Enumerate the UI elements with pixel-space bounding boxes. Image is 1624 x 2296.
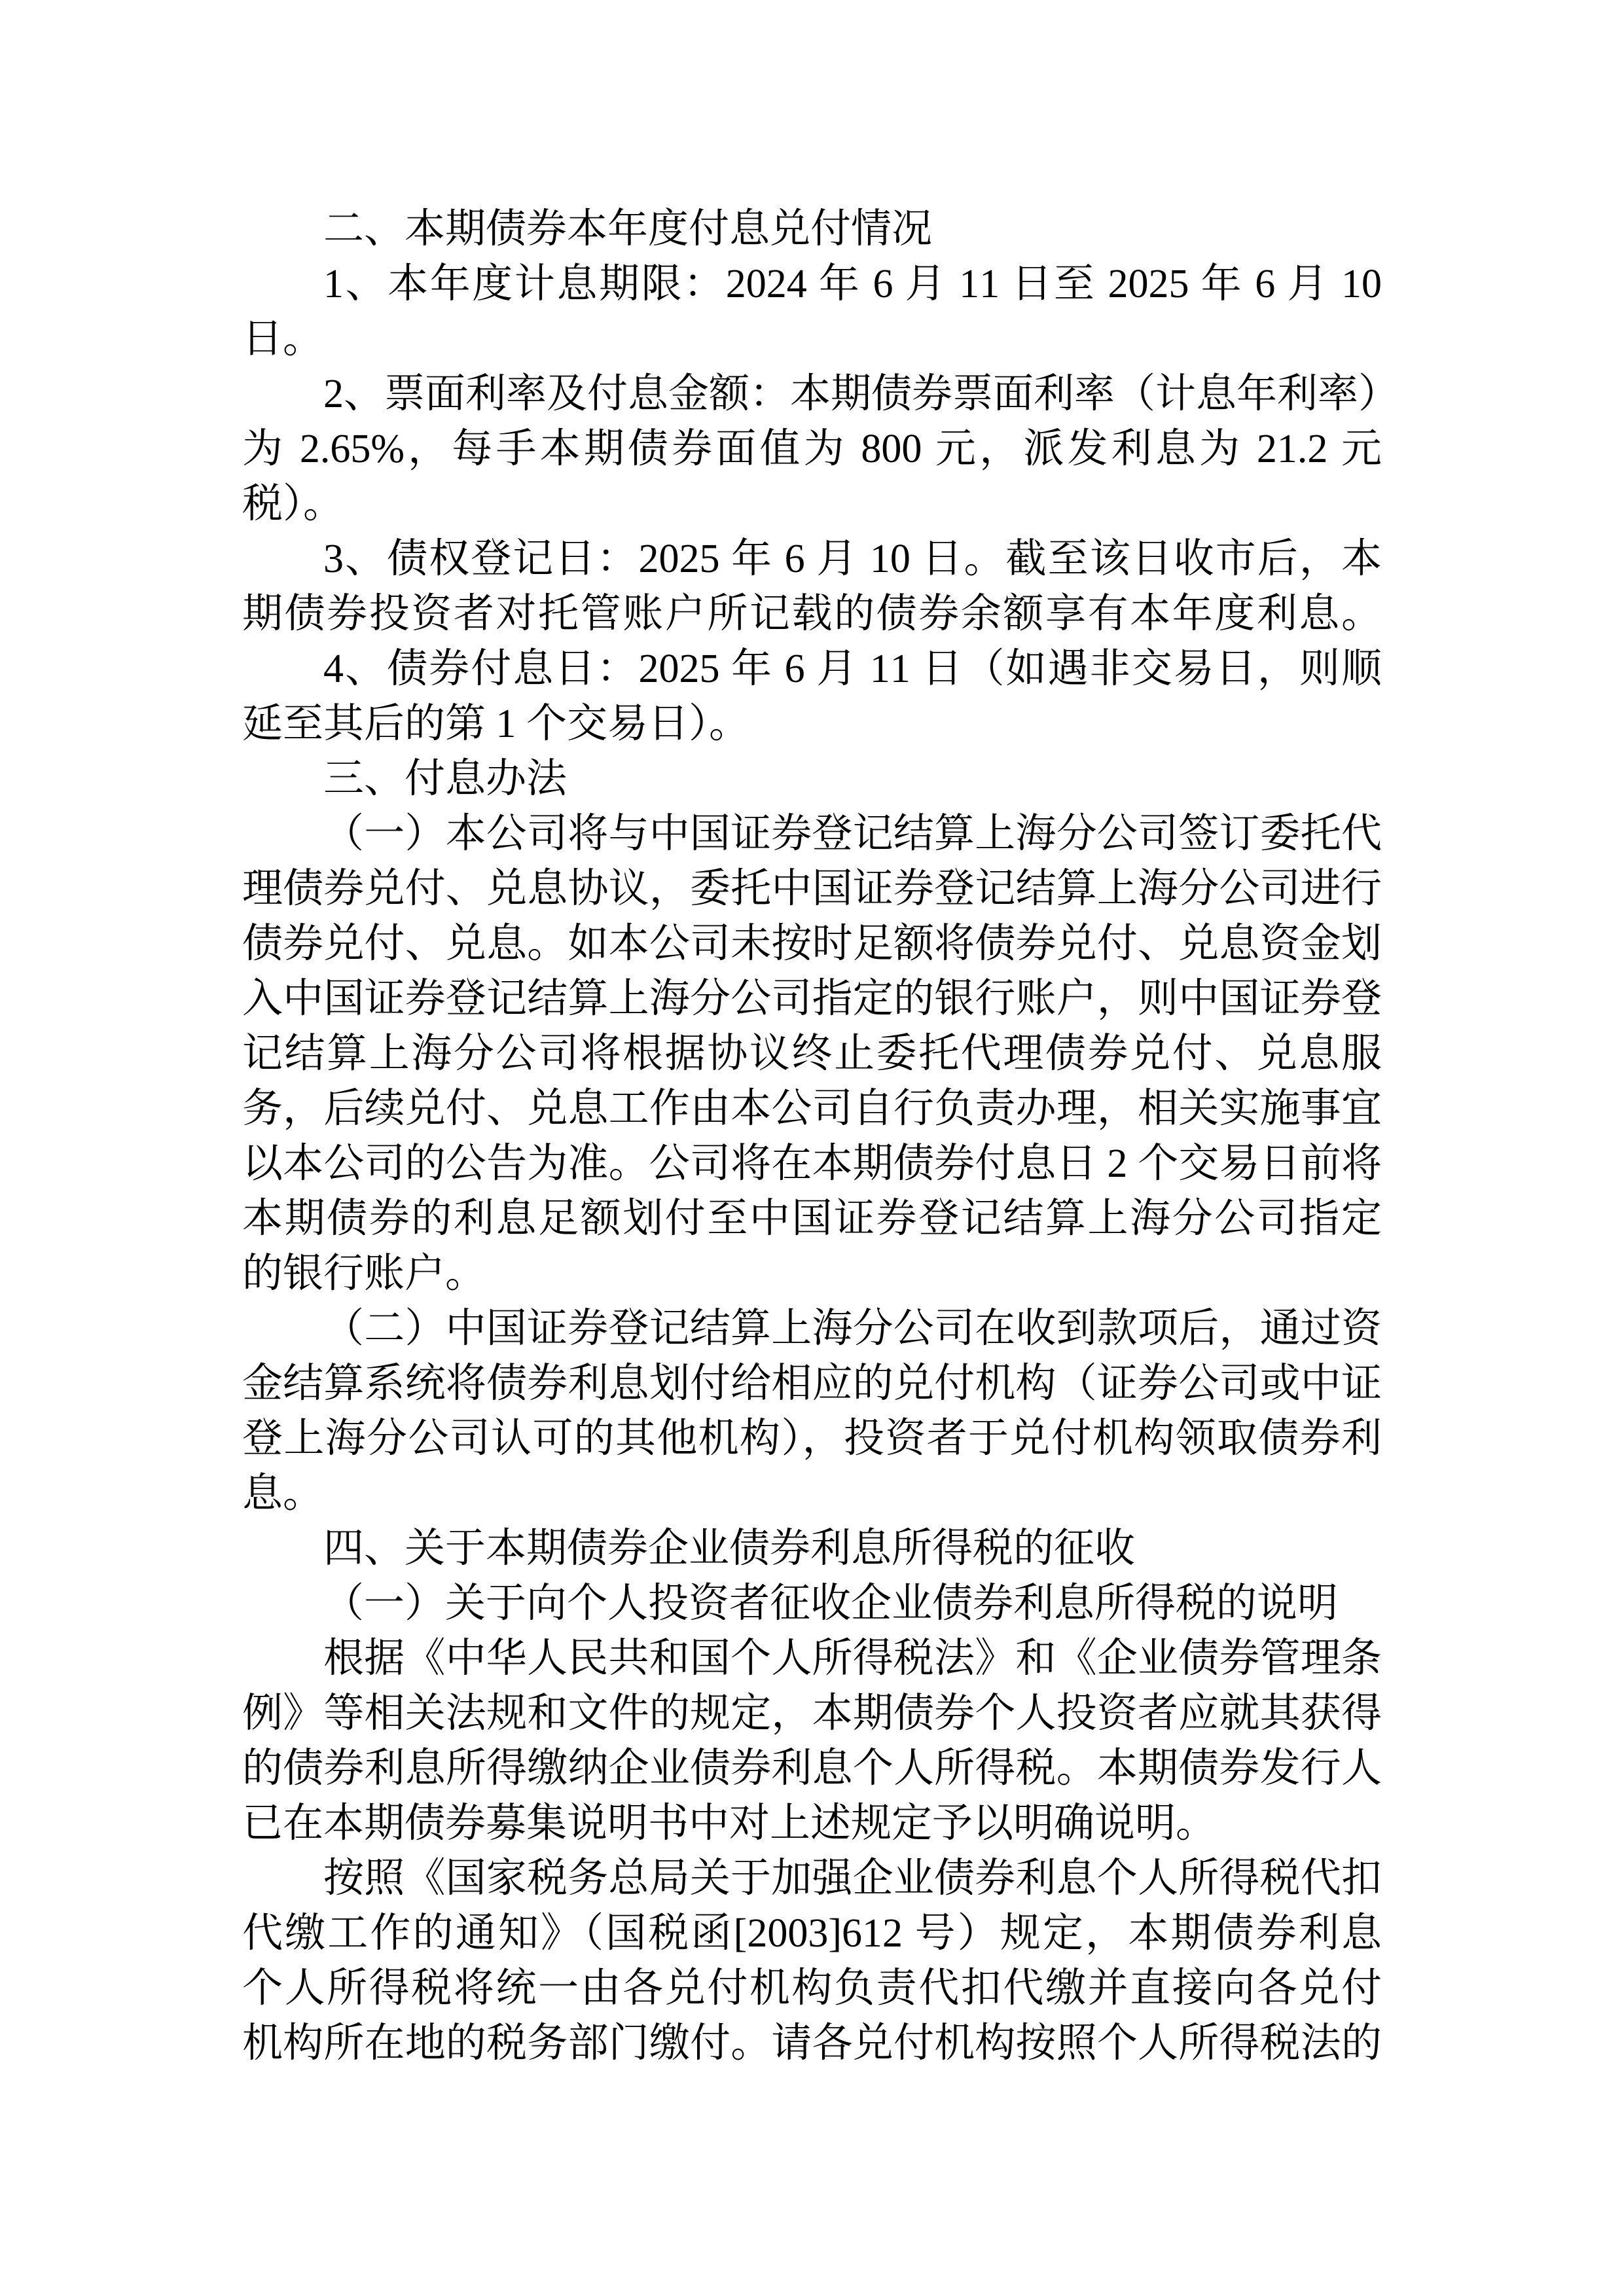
text-line: 记结算上海分公司将根据协议终止委托代理债券兑付、兑息服 — [242, 1026, 1382, 1081]
text-line: 税）。 — [242, 476, 1382, 531]
text-line: 金结算系统将债券利息划付给相应的兑付机构（证券公司或中证 — [242, 1356, 1382, 1411]
text-line: 个人所得税将统一由各兑付机构负责代扣代缴并直接向各兑付 — [242, 1961, 1382, 2016]
text-line: 登上海分公司认可的其他机构），投资者于兑付机构领取债券利 — [242, 1411, 1382, 1466]
text-line: 三、付息办法 — [242, 751, 1382, 806]
text-line: 已在本期债券募集说明书中对上述规定予以明确说明。 — [242, 1796, 1382, 1851]
text-line: 的债券利息所得缴纳企业债券利息个人所得税。本期债券发行人 — [242, 1741, 1382, 1796]
text-line: 四、关于本期债券企业债券利息所得税的征收 — [242, 1521, 1382, 1576]
text-line: 息。 — [242, 1466, 1382, 1521]
text-line: 债券兑付、兑息。如本公司未按时足额将债券兑付、兑息资金划 — [242, 916, 1382, 971]
text-line: 入中国证券登记结算上海分公司指定的银行账户，则中国证券登 — [242, 971, 1382, 1026]
text-line: （二）中国证券登记结算上海分公司在收到款项后，通过资 — [242, 1301, 1382, 1356]
document-page: 二、本期债券本年度付息兑付情况1、本年度计息期限：2024 年 6 月 11 日… — [0, 0, 1624, 2296]
text-line: 务，后续兑付、兑息工作由本公司自行负责办理，相关实施事宜 — [242, 1081, 1382, 1136]
text-line: （一）本公司将与中国证券登记结算上海分公司签订委托代 — [242, 806, 1382, 861]
text-line: 以本公司的公告为准。公司将在本期债券付息日 2 个交易日前将 — [242, 1136, 1382, 1191]
text-line: 代缴工作的通知》（国税函[2003]612 号）规定，本期债券利息 — [242, 1906, 1382, 1961]
text-line: 日。 — [242, 312, 1382, 367]
text-line: 延至其后的第 1 个交易日）。 — [242, 696, 1382, 751]
text-line: （一）关于向个人投资者征收企业债券利息所得税的说明 — [242, 1576, 1382, 1631]
text-line: 机构所在地的税务部门缴付。请各兑付机构按照个人所得税法的 — [242, 2016, 1382, 2071]
text-line: 4、债券付息日：2025 年 6 月 11 日（如遇非交易日，则顺 — [242, 641, 1382, 696]
text-line: 的银行账户。 — [242, 1246, 1382, 1301]
text-line: 本期债券的利息足额划付至中国证券登记结算上海分公司指定 — [242, 1191, 1382, 1246]
text-line: 为 2.65%，每手本期债券面值为 800 元，派发利息为 21.2 元（含 — [242, 422, 1382, 476]
text-line: 例》等相关法规和文件的规定，本期债券个人投资者应就其获得 — [242, 1686, 1382, 1741]
text-line: 期债券投资者对托管账户所记载的债券余额享有本年度利息。 — [242, 586, 1382, 641]
text-line: 2、票面利率及付息金额：本期债券票面利率（计息年利率） — [242, 367, 1382, 422]
text-line: 1、本年度计息期限：2024 年 6 月 11 日至 2025 年 6 月 10 — [242, 257, 1382, 312]
text-line: 理债券兑付、兑息协议，委托中国证券登记结算上海分公司进行 — [242, 861, 1382, 916]
text-line: 根据《中华人民共和国个人所得税法》和《企业债券管理条 — [242, 1631, 1382, 1686]
text-line: 3、债权登记日：2025 年 6 月 10 日。截至该日收市后，本 — [242, 531, 1382, 586]
text-line: 二、本期债券本年度付息兑付情况 — [242, 202, 1382, 257]
document-body: 二、本期债券本年度付息兑付情况1、本年度计息期限：2024 年 6 月 11 日… — [242, 202, 1382, 2071]
text-line: 按照《国家税务总局关于加强企业债券利息个人所得税代扣 — [242, 1851, 1382, 1906]
